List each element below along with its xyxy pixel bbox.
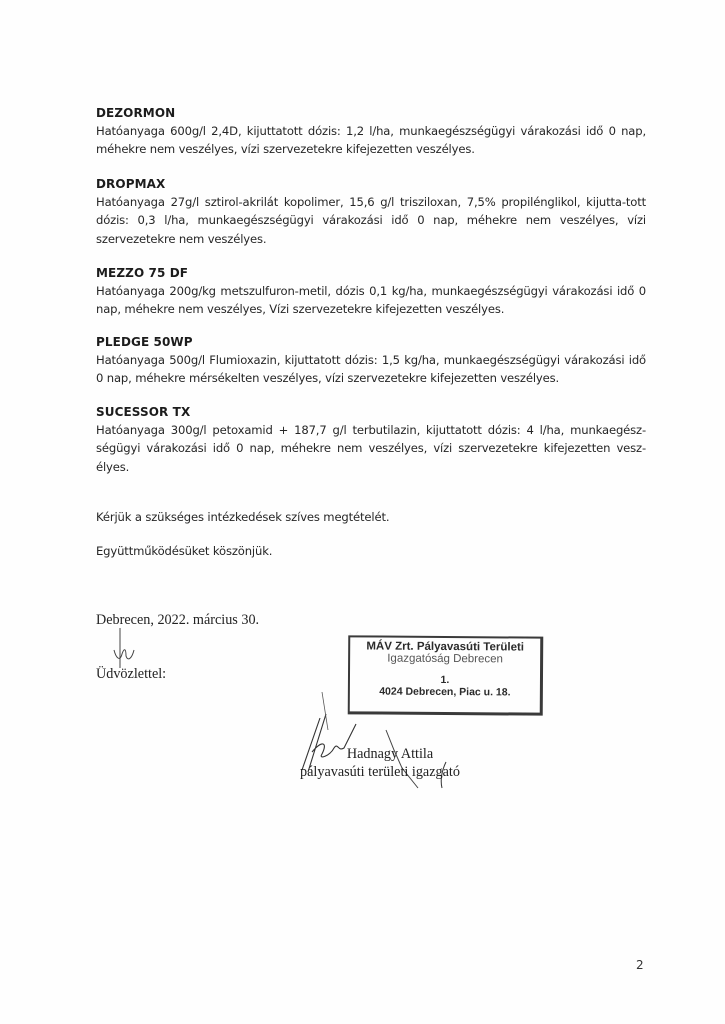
product-pledge-50wp: PLEDGE 50WP Hatóanyaga 500g/l Flumioxazi… <box>96 333 646 388</box>
product-dezormon: DEZORMON Hatóanyaga 600g/l 2,4D, kijutta… <box>96 104 646 159</box>
product-name: DROPMAX <box>96 175 646 193</box>
stamp-line-2: Igazgatóság Debrecen <box>350 652 540 665</box>
product-name: MEZZO 75 DF <box>96 264 646 282</box>
signer-block: Hadnagy Attila pályavasúti területi igaz… <box>300 745 480 781</box>
product-sucessor-tx: SUCESSOR TX Hatóanyaga 300g/l petoxamid … <box>96 403 646 476</box>
stamp-line-1: MÁV Zrt. Pályavasúti Területi <box>350 640 540 653</box>
product-description: Hatóanyaga 600g/l 2,4D, kijuttatott dózi… <box>96 122 646 159</box>
page-number: 2 <box>636 958 644 972</box>
product-description: Hatóanyaga 200g/kg metszulfuron-metil, d… <box>96 282 646 319</box>
closing-thanks: Együttműködésüket köszönjük. <box>96 544 272 558</box>
product-name: SUCESSOR TX <box>96 403 646 421</box>
product-name: DEZORMON <box>96 104 646 122</box>
signer-title: pályavasúti területi igazgató <box>280 763 480 781</box>
initials-mark <box>108 628 148 680</box>
product-dropmax: DROPMAX Hatóanyaga 27g/l sztirol-akrilát… <box>96 175 646 248</box>
product-name: PLEDGE 50WP <box>96 333 646 351</box>
document-page: DEZORMON Hatóanyaga 600g/l 2,4D, kijutta… <box>0 0 725 1024</box>
date-line: Debrecen, 2022. március 30. <box>96 612 259 629</box>
signer-name: Hadnagy Attila <box>300 745 480 763</box>
closing-request: Kérjük a szükséges intézkedések szíves m… <box>96 510 389 524</box>
product-description: Hatóanyaga 500g/l Flumioxazin, kijuttato… <box>96 351 646 388</box>
product-description: Hatóanyaga 27g/l sztirol-akrilát kopolim… <box>96 193 646 248</box>
product-mezzo-75-df: MEZZO 75 DF Hatóanyaga 200g/kg metszulfu… <box>96 264 646 319</box>
product-description: Hatóanyaga 300g/l petoxamid + 187,7 g/l … <box>96 421 646 476</box>
